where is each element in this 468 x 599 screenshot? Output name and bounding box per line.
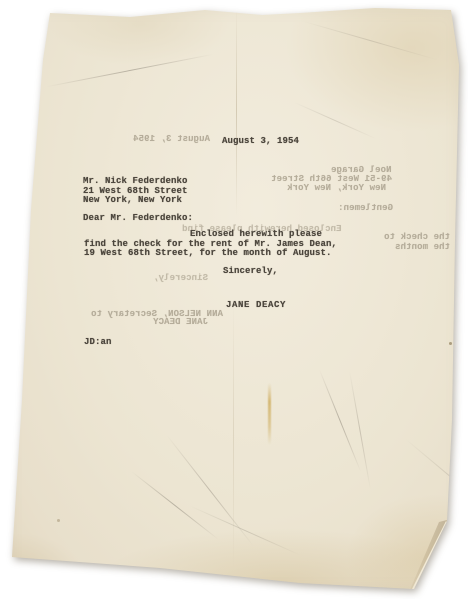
signature-name: JANE DEACY	[226, 301, 286, 310]
recipient-name: Mr. Nick Federdenko	[83, 177, 188, 186]
scratch-mark	[131, 471, 218, 540]
stain-speck	[449, 342, 452, 345]
letter-paper: August 3, 1954 Noel Garage 49-51 West 66…	[0, 0, 468, 599]
stain-drip	[268, 383, 271, 445]
paper-shadow-wrap: August 3, 1954 Noel Garage 49-51 West 66…	[0, 0, 468, 599]
crease-line	[303, 21, 438, 61]
salutation: Dear Mr. Federdenko:	[83, 214, 193, 223]
crease-line	[294, 102, 377, 140]
vertical-crease	[236, 6, 237, 216]
stain-speck	[57, 519, 60, 522]
fold-shadow	[403, 516, 453, 594]
bleedthrough-salutation: Gentlemen:	[338, 204, 393, 213]
bleedthrough-date: August 3, 1954	[133, 135, 210, 144]
vertical-crease	[233, 300, 234, 570]
bleedthrough-recipient-line: 49-51 West 66th Street	[271, 175, 392, 184]
bleedthrough-signature-line: ANN NELSON, Secretary to	[91, 310, 223, 319]
bleedthrough-recipient-line: Noel Garage	[331, 166, 392, 175]
body-line: 19 West 68th Street, for the month of Au…	[84, 249, 332, 258]
recipient-street: 21 West 68th Street	[83, 187, 188, 196]
bleedthrough-body-line: the check to	[384, 233, 450, 242]
body-line: find the check for the rent of Mr. James…	[84, 240, 337, 249]
bleedthrough-body-line: the months	[395, 243, 450, 252]
scratch-mark	[349, 371, 371, 489]
typist-initials: JD:an	[84, 338, 112, 347]
closing: Sincerely,	[223, 267, 278, 276]
date-line: August 3, 1954	[222, 137, 299, 146]
bleedthrough-body-line: Enclosed herewith please find	[182, 225, 342, 234]
scratch-mark	[319, 369, 361, 471]
bleedthrough-signature-line: JANE DEACY	[153, 318, 208, 327]
scratch-mark	[405, 438, 468, 522]
body-line: Enclosed herewith please	[190, 230, 322, 239]
scratch-mark	[190, 506, 300, 556]
bleedthrough-closing: Sincerely,	[153, 274, 208, 283]
scratch-mark	[167, 435, 254, 546]
bleedthrough-recipient-line: New York, New York	[287, 184, 386, 193]
crease-line	[46, 54, 213, 87]
folded-corner	[405, 515, 467, 595]
recipient-city: New York, New York	[83, 196, 182, 205]
scan-background: August 3, 1954 Noel Garage 49-51 West 66…	[0, 0, 468, 599]
